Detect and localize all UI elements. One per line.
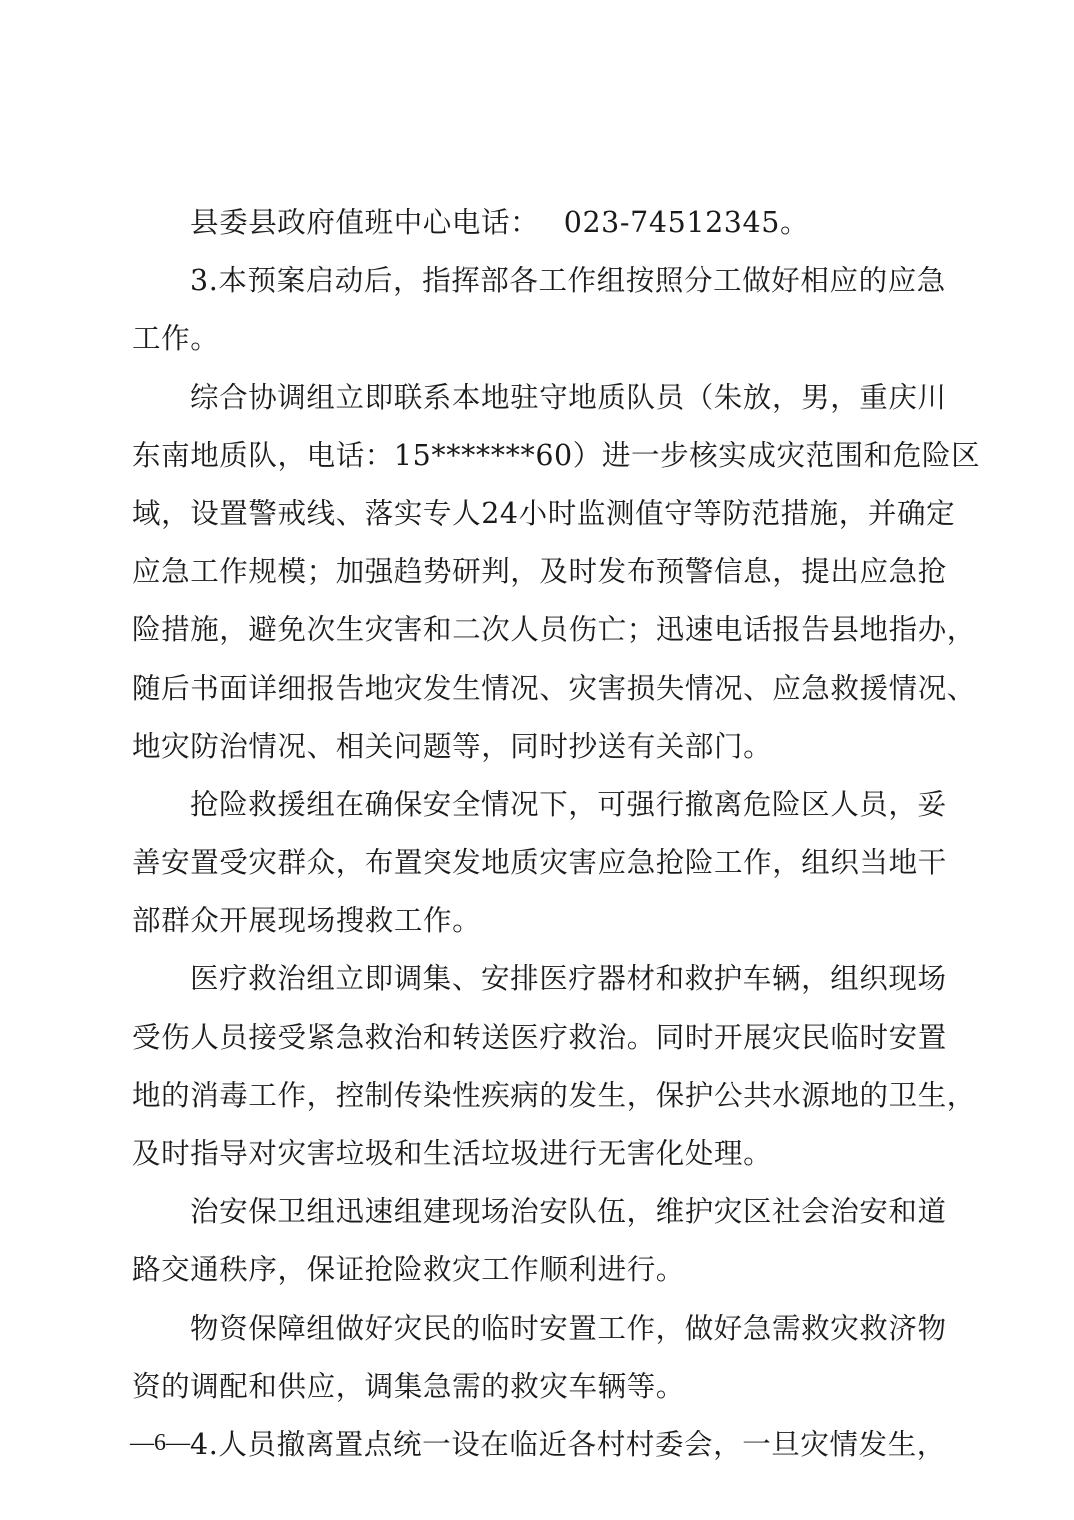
text-line: 善安置受灾群众，布置突发地质灾害应急抢险工作，组织当地干 — [132, 838, 944, 896]
text-line: 县委县政府值班中心电话： 023-74512345。 — [132, 198, 944, 256]
text-line: 东南地质队，电话：15*******60）进一步核实成灾范围和危险区 — [132, 431, 944, 489]
text-line: 医疗救治组立即调集、安排医疗器材和救护车辆，组织现场 — [132, 954, 944, 1012]
text-line: 物资保障组做好灾民的临时安置工作，做好急需救灾救济物 — [132, 1304, 944, 1362]
text-line: 路交通秩序，保证抢险救灾工作顺利进行。 — [132, 1245, 944, 1303]
document-body: 县委县政府值班中心电话： 023-74512345。 3.本预案启动后，指挥部各… — [132, 198, 944, 1478]
text-line: 随后书面详细报告地灾发生情况、灾害损失情况、应急救援情况、 — [132, 664, 944, 722]
text-line: 域，设置警戒线、落实专人24小时监测值守等防范措施，并确定 — [132, 489, 944, 547]
text-line: 4.人员撤离置点统一设在临近各村村委会，一旦灾情发生， — [132, 1420, 944, 1478]
page-number: —6— — [130, 1430, 190, 1457]
text-line: 应急工作规模；加强趋势研判，及时发布预警信息，提出应急抢 — [132, 547, 944, 605]
text-line: 部群众开展现场搜救工作。 — [132, 896, 944, 954]
text-line: 抢险救援组在确保安全情况下，可强行撤离危险区人员，妥 — [132, 780, 944, 838]
text-line: 治安保卫组迅速组建现场治安队伍，维护灾区社会治安和道 — [132, 1187, 944, 1245]
text-line: 工作。 — [132, 314, 944, 372]
text-line: 险措施，避免次生灾害和二次人员伤亡；迅速电话报告县地指办， — [132, 605, 944, 663]
text-line: 资的调配和供应，调集急需的救灾车辆等。 — [132, 1362, 944, 1420]
text-line: 及时指导对灾害垃圾和生活垃圾进行无害化处理。 — [132, 1129, 944, 1187]
text-line: 3.本预案启动后，指挥部各工作组按照分工做好相应的应急 — [132, 256, 944, 314]
text-line: 地的消毒工作，控制传染性疾病的发生，保护公共水源地的卫生， — [132, 1071, 944, 1129]
text-line: 综合协调组立即联系本地驻守地质队员（朱放，男，重庆川 — [132, 373, 944, 431]
text-line: 地灾防治情况、相关问题等，同时抄送有关部门。 — [132, 722, 944, 780]
text-line: 受伤人员接受紧急救治和转送医疗救治。同时开展灾民临时安置 — [132, 1013, 944, 1071]
